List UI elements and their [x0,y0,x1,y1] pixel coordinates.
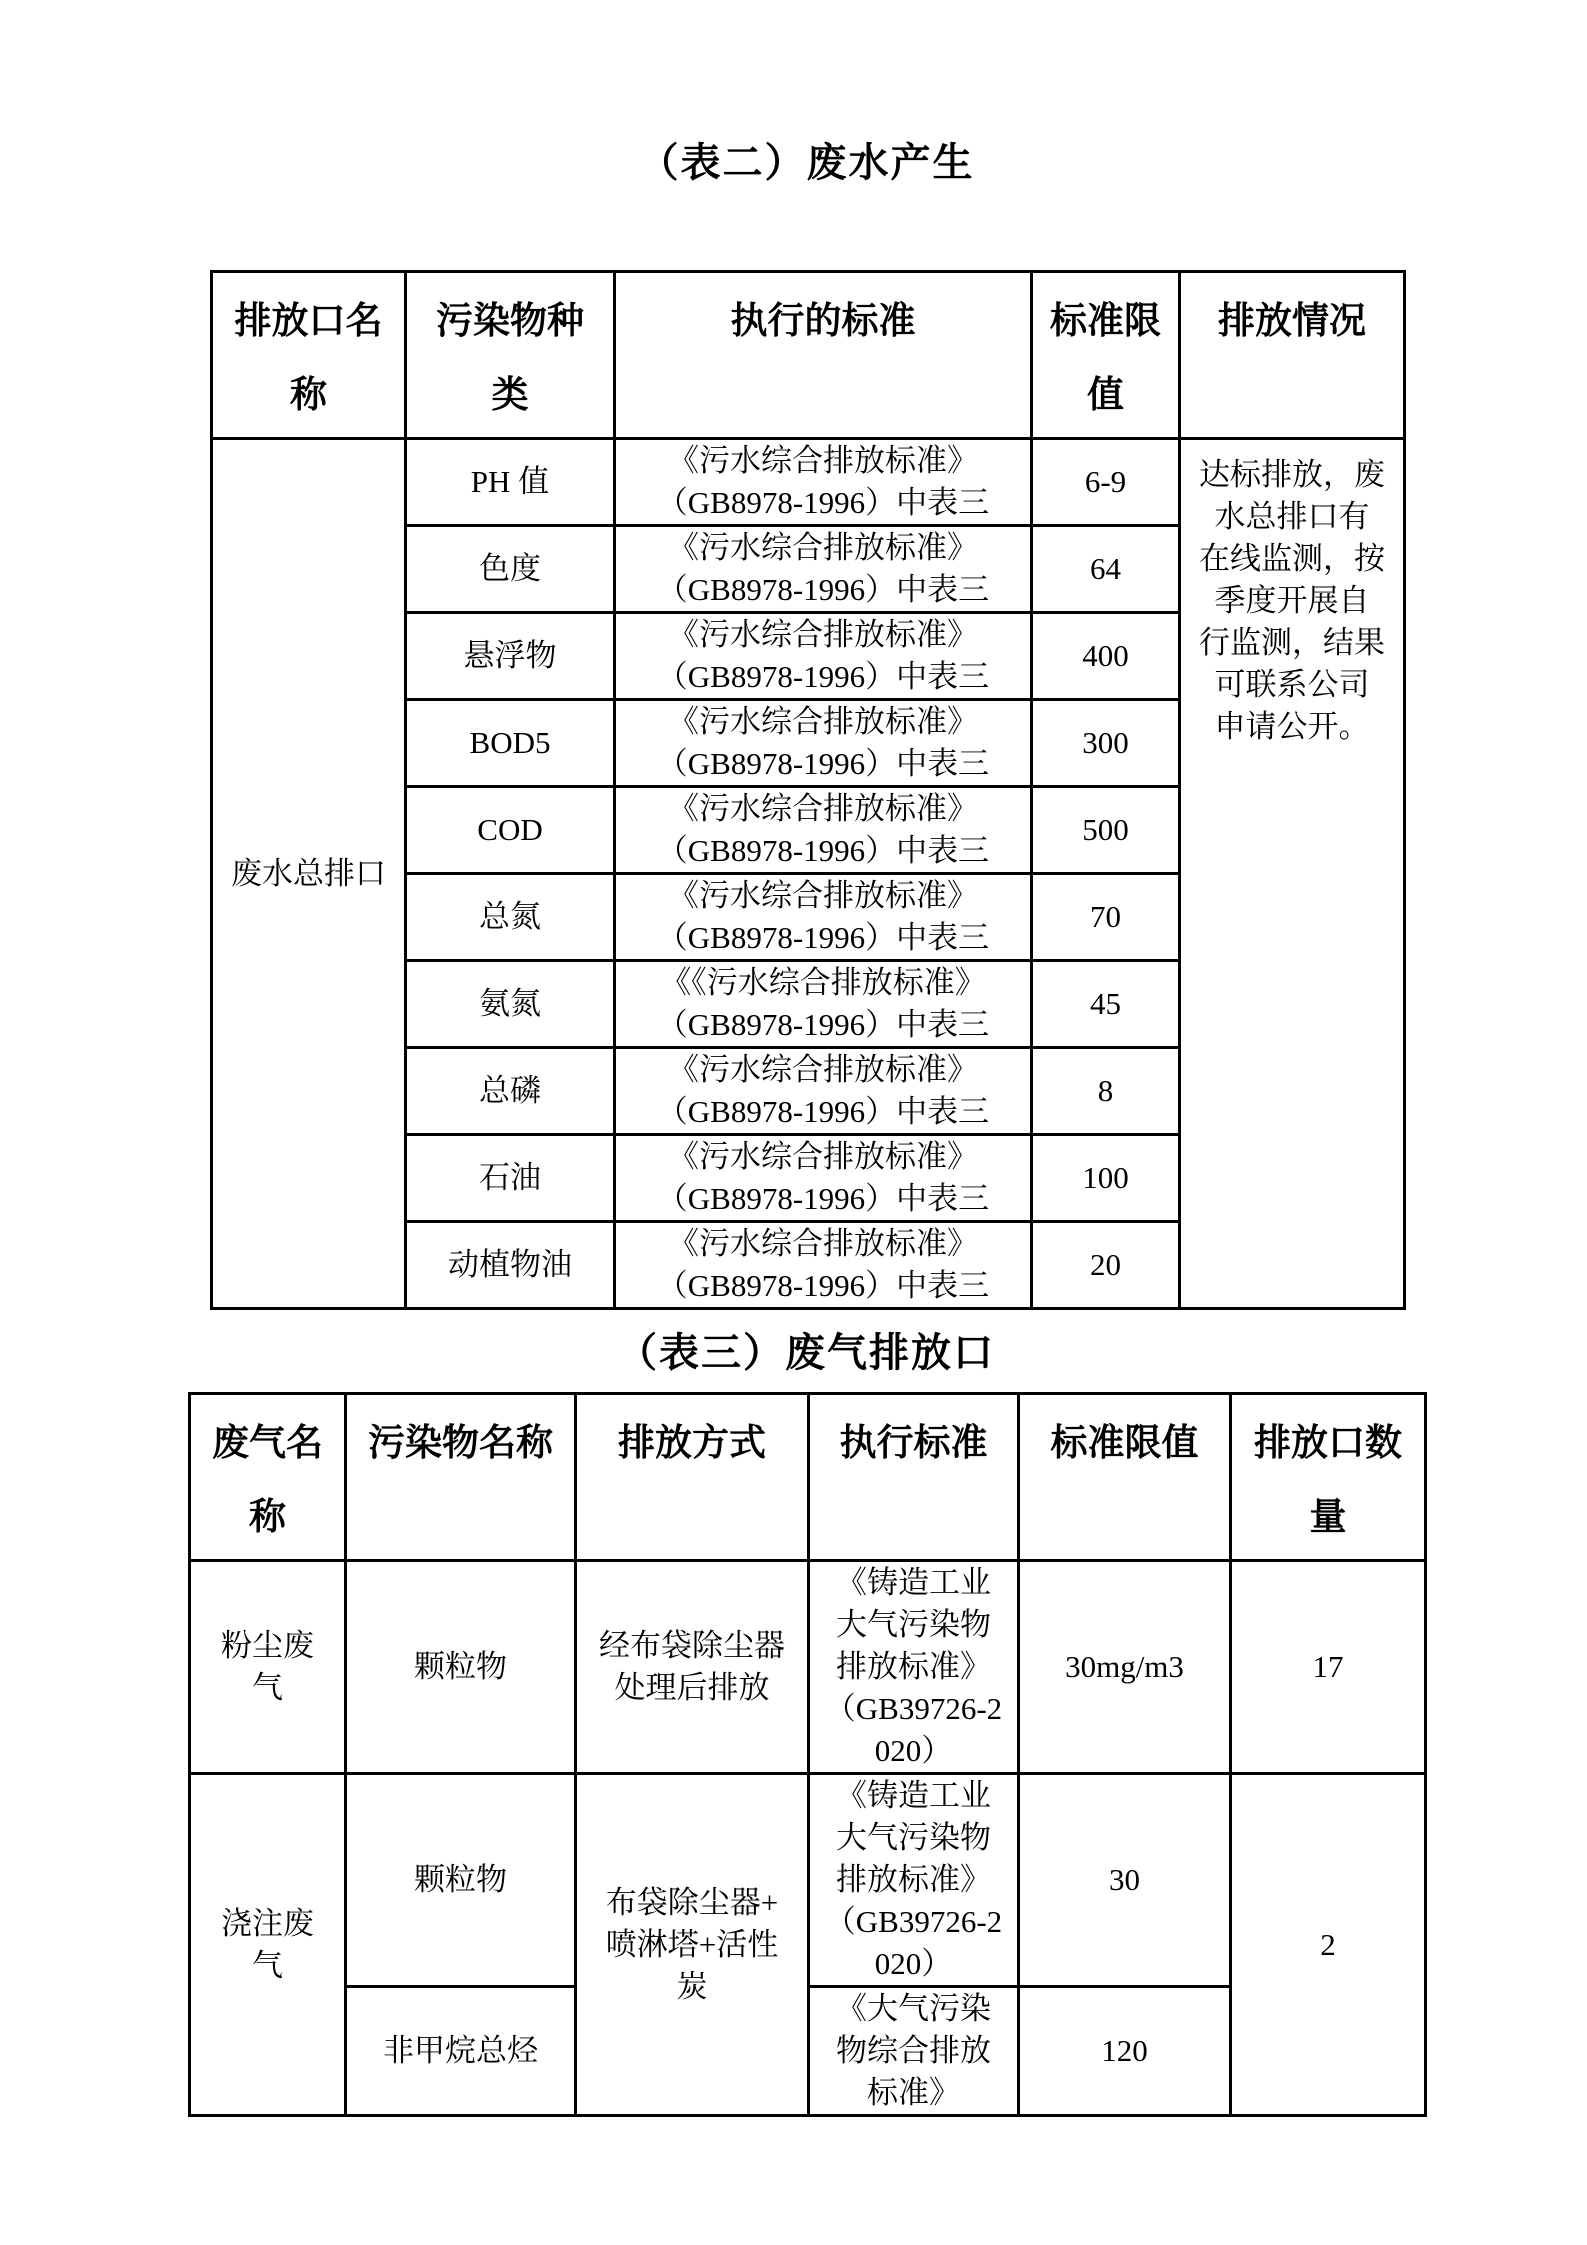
pollutant-cell: 总磷 [406,1048,615,1135]
limit-cell: 8 [1032,1048,1180,1135]
pollutant-cell: 动植物油 [406,1222,615,1309]
standard-cell: 《污水综合排放标准》 （GB8978-1996）中表三 [615,1135,1032,1222]
standard-cell: 《污水综合排放标准》 （GB8978-1996）中表三 [615,700,1032,787]
gas-name-cell: 粉尘废气 [190,1561,346,1774]
limit-cell: 400 [1032,613,1180,700]
pollutant-cell: 色度 [406,526,615,613]
standard-cell: 《铸造工业 大气污染物 排放标准》 （GB39726-2 020） [809,1561,1019,1774]
limit-cell: 64 [1032,526,1180,613]
limit-cell: 300 [1032,700,1180,787]
table-row: 浇注废气 颗粒物 布袋除尘器+ 喷淋塔+活性 炭 《铸造工业 大气污染物 排放标… [190,1774,1426,1987]
table-two-title: （表二）废水产生 [210,136,1403,190]
header-standard: 执行的标准 [615,272,1032,439]
limit-cell: 20 [1032,1222,1180,1309]
limit-cell: 120 [1019,1987,1231,2116]
header-limit: 标准限值 [1032,272,1180,439]
limit-cell: 6-9 [1032,439,1180,526]
limit-cell: 45 [1032,961,1180,1048]
document-page: （表二）废水产生 排放口名称 污染物种类 执行的标准 标准限值 排放情况 废水总… [0,0,1587,2117]
standard-cell: 《铸造工业 大气污染物 排放标准》 （GB39726-2 020） [809,1774,1019,1987]
header-discharge-status: 排放情况 [1180,272,1405,439]
standard-cell: 《《污水综合排放标准》 （GB8978-1996）中表三 [615,961,1032,1048]
table-row: 废水总排口 PH 值 《污水综合排放标准》 （GB8978-1996）中表三 6… [212,439,1405,526]
pollutant-cell: 颗粒物 [346,1561,576,1774]
header-row: 废气名称 污染物名称 排放方式 执行标准 标准限值 排放口数量 [190,1394,1426,1561]
standard-cell: 《污水综合排放标准》 （GB8978-1996）中表三 [615,874,1032,961]
exhaust-gas-table: 废气名称 污染物名称 排放方式 执行标准 标准限值 排放口数量 粉尘废气 颗粒物… [188,1392,1427,2117]
limit-cell: 30mg/m3 [1019,1561,1231,1774]
standard-cell: 《污水综合排放标准》 （GB8978-1996）中表三 [615,613,1032,700]
header-row: 排放口名称 污染物种类 执行的标准 标准限值 排放情况 [212,272,1405,439]
pollutant-cell: 总氮 [406,874,615,961]
pollutant-cell: PH 值 [406,439,615,526]
gas-name-cell: 浇注废气 [190,1774,346,2116]
outlet-count-cell: 17 [1231,1561,1426,1774]
header-discharge-method: 排放方式 [576,1394,809,1561]
pollutant-cell: 悬浮物 [406,613,615,700]
standard-cell: 《污水综合排放标准》 （GB8978-1996）中表三 [615,439,1032,526]
pollutant-cell: COD [406,787,615,874]
method-cell: 经布袋除尘器 处理后排放 [576,1561,809,1774]
limit-cell: 70 [1032,874,1180,961]
table-three-title: （表三）废气排放口 [188,1326,1424,1380]
wastewater-table: 排放口名称 污染物种类 执行的标准 标准限值 排放情况 废水总排口 PH 值 《… [210,270,1406,1310]
pollutant-cell: 氨氮 [406,961,615,1048]
header-limit: 标准限值 [1019,1394,1231,1561]
header-pollutant-type: 污染物种类 [406,272,615,439]
outlet-name-cell: 废水总排口 [212,439,406,1309]
outlet-count-cell: 2 [1231,1774,1426,2116]
standard-cell: 《污水综合排放标准》 （GB8978-1996）中表三 [615,526,1032,613]
method-cell: 布袋除尘器+ 喷淋塔+活性 炭 [576,1774,809,2116]
header-pollutant-name: 污染物名称 [346,1394,576,1561]
standard-cell: 《污水综合排放标准》 （GB8978-1996）中表三 [615,1048,1032,1135]
header-outlet-count: 排放口数量 [1231,1394,1426,1561]
header-gas-name: 废气名称 [190,1394,346,1561]
pollutant-cell: 非甲烷总烃 [346,1987,576,2116]
header-outlet-name: 排放口名称 [212,272,406,439]
table-row: 粉尘废气 颗粒物 经布袋除尘器 处理后排放 《铸造工业 大气污染物 排放标准》 … [190,1561,1426,1774]
pollutant-cell: 颗粒物 [346,1774,576,1987]
limit-cell: 30 [1019,1774,1231,1987]
pollutant-cell: BOD5 [406,700,615,787]
standard-cell: 《污水综合排放标准》 （GB8978-1996）中表三 [615,787,1032,874]
limit-cell: 500 [1032,787,1180,874]
header-standard: 执行标准 [809,1394,1019,1561]
pollutant-cell: 石油 [406,1135,615,1222]
limit-cell: 100 [1032,1135,1180,1222]
standard-cell: 《大气污染 物综合排放 标准》 [809,1987,1019,2116]
discharge-note-cell: 达标排放，废 水总排口有 在线监测，按 季度开展自 行监测，结果 可联系公司 申… [1180,439,1405,1309]
standard-cell: 《污水综合排放标准》 （GB8978-1996）中表三 [615,1222,1032,1309]
